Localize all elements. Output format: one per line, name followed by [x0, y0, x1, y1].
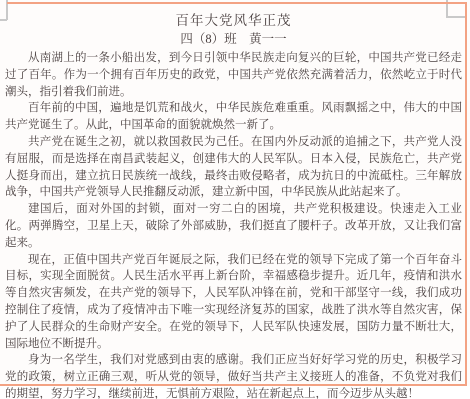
document-viewport: 百年大党风华正茂 四（8）班 黄一一 从南湖上的一条小船出发，到今日引领中华民族…	[0, 0, 470, 399]
essay-paragraph-1: 从南湖上的一条小船出发，到今日引领中华民族走向复兴的巨轮，中国共产党已经走过了百…	[5, 50, 462, 100]
essay-content: 百年大党风华正茂 四（8）班 黄一一 从南湖上的一条小船出发，到今日引领中华民族…	[5, 11, 462, 399]
essay-paragraph-3: 共产党在诞生之初，就以救国救民为己任。在国内外反动派的追捕之下，共产党人没有屈服…	[5, 134, 462, 201]
essay-paragraph-2: 百年前的中国，遍地是饥荒和战火，中华民族危难重重。风雨飘摇之中，伟大的中国共产党…	[5, 100, 462, 134]
essay-paragraph-5: 现在，正值中国共产党百年诞辰之际，我们已经在党的领导下完成了第一个百年奋斗目标，…	[5, 252, 462, 353]
essay-paragraph-6: 身为一名学生，我们对党感到由衷的感谢。我们正应当好好学习党的历史，积极学习党的政…	[5, 352, 462, 399]
page-border-top	[7, 2, 467, 4]
essay-paragraph-4: 建国后，面对外国的封锁，面对一穷二白的困境，共产党积极建设。快速走入工业化。两弹…	[5, 201, 462, 251]
page-border-right	[465, 2, 467, 385]
document-page: 百年大党风华正茂 四（8）班 黄一一 从南湖上的一条小船出发，到今日引领中华民族…	[0, 0, 470, 386]
essay-title: 百年大党风华正茂	[5, 11, 462, 30]
essay-byline: 四（8）班 黄一一	[5, 30, 462, 49]
